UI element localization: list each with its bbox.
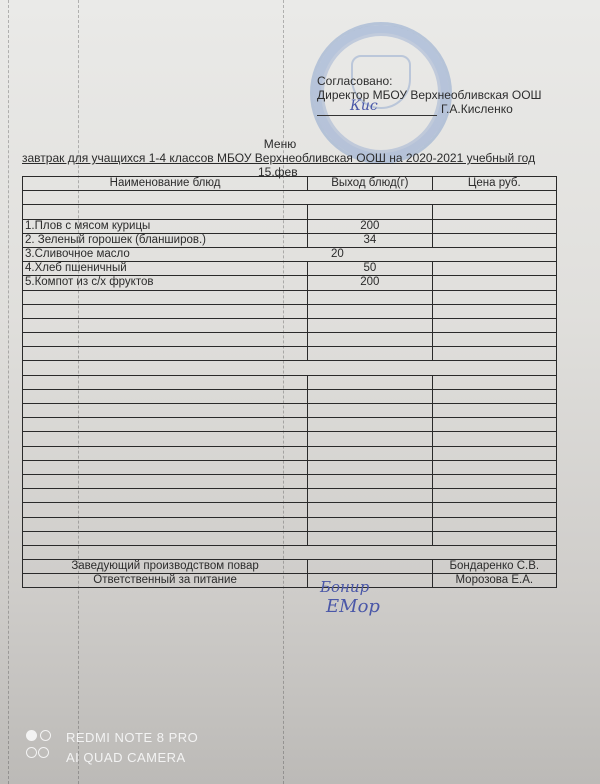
dish-name: 5.Компот из с/х фруктов [23,276,308,290]
table-row [23,347,557,361]
paper-fold-line [8,0,9,784]
header-dish-name: Наименование блюд [23,177,308,191]
table-header-row: Наименование блюд Выход блюд(г) Цена руб… [23,177,557,191]
table-row [23,545,557,559]
table-row: 3.Сливочное масло20 [23,247,557,261]
table-row [23,531,557,545]
table-row [23,304,557,318]
table-row [23,489,557,503]
watermark-model: REDMI NOTE 8 PRO [66,728,198,748]
dish-price [432,276,556,290]
dish-price [432,262,556,276]
table-row [23,375,557,389]
header-weight: Выход блюд(г) [308,177,432,191]
camera-watermark: REDMI NOTE 8 PRO AI QUAD CAMERA [26,728,198,768]
table-row [23,460,557,474]
table-row [23,446,557,460]
footer-row: Ответственный за питание Морозова Е.А. [23,574,557,588]
footer-name: Бондаренко С.В. [432,560,556,574]
dish-name: 4.Хлеб пшеничный [23,262,308,276]
table-row [23,432,557,446]
header-price: Цена руб. [432,177,556,191]
table-row [23,418,557,432]
dish-weight: 20 [331,248,344,260]
table-row: 5.Компот из с/х фруктов 200 [23,276,557,290]
director-signature: Кис [350,98,378,114]
dish-name: 2. Зеленый горошек (бланширов.) [23,233,308,247]
quad-camera-logo-icon [26,730,56,766]
approval-label: Согласовано: [317,74,542,88]
dish-weight: 34 [308,233,432,247]
dish-weight: 50 [308,262,432,276]
dish-price [432,219,556,233]
responsible-signature: ЕМор [326,596,380,617]
table-row [23,503,557,517]
dish-name: 3.Сливочное масло [25,248,331,261]
footer-name: Морозова Е.А. [432,574,556,588]
watermark-camera: AI QUAD CAMERA [66,748,198,768]
cook-signature: Бонир [320,578,369,596]
dish-weight: 200 [308,276,432,290]
table-row [23,517,557,531]
page-subtitle: завтрак для учащихся 1-4 классов МБОУ Ве… [22,151,535,165]
table-row: 1.Плов с мясом курицы 200 [23,219,557,233]
footer-role: Ответственный за питание [23,574,308,588]
table-row: 2. Зеленый горошек (бланширов.) 34 [23,233,557,247]
dish-weight: 200 [308,219,432,233]
table-row [23,333,557,347]
dish-price [432,233,556,247]
table-row [23,191,557,205]
table-row [23,318,557,332]
table-row [23,389,557,403]
table-row [23,290,557,304]
table-row [23,404,557,418]
table-row [23,474,557,488]
table-row [23,205,557,219]
footer-role: Заведующий производством повар [23,560,308,574]
footer-row: Заведующий производством повар Бондаренк… [23,560,557,574]
menu-table: Наименование блюд Выход блюд(г) Цена руб… [22,176,557,588]
table-row: 4.Хлеб пшеничный 50 [23,262,557,276]
dish-name: 1.Плов с мясом курицы [23,219,308,233]
table-row [23,361,557,375]
approval-signer: Г.А.Кисленко [441,102,513,116]
page-title: Меню [0,137,560,151]
